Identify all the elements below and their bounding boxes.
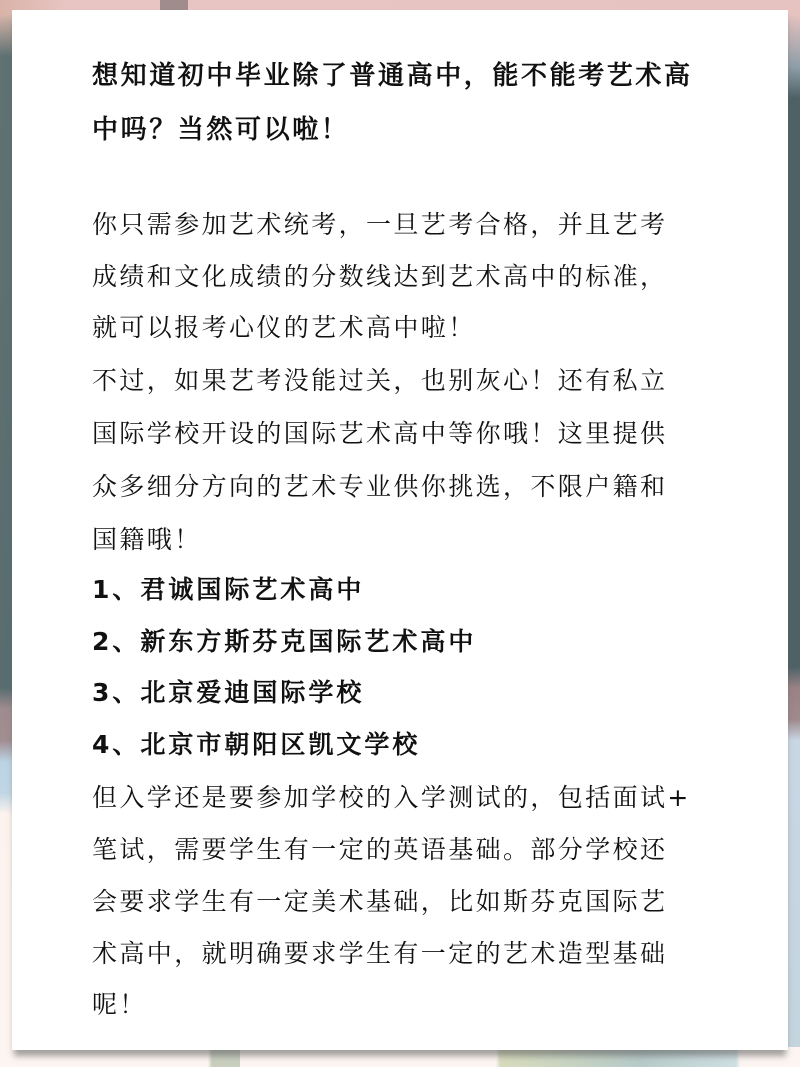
background-photo-right <box>786 14 800 1067</box>
paragraph3-line-2: 笔试，需要学生有一定的英语基础。部分学校还 <box>92 834 718 866</box>
text-card: 想知道初中毕业除了普通高中，能不能考艺术高 中吗？当然可以啦！ 你只需参加艺术统… <box>12 10 788 1050</box>
school-list-item-3: 3、北京爱迪国际学校 <box>92 677 718 709</box>
paragraph3-line-1: 但入学还是要参加学校的入学测试的，包括面试+ <box>92 782 718 814</box>
paragraph2-line-2: 国际学校开设的国际艺术高中等你哦！这里提供 <box>92 418 718 450</box>
background-photo-bottom <box>0 1047 800 1067</box>
school-list-item-2: 2、新东方斯芬克国际艺术高中 <box>92 626 718 658</box>
paragraph2-line-4: 国籍哦！ <box>92 524 718 556</box>
paragraph1-line-1: 你只需参加艺术统考，一旦艺考合格，并且艺考 <box>92 209 718 241</box>
paragraph3-line-3: 会要求学生有一定美术基础，比如斯芬克国际艺 <box>92 886 718 918</box>
paragraph3-line-5: 呢！ <box>92 989 718 1021</box>
paragraph1-line-3: 就可以报考心仪的艺术高中啦！ <box>92 312 718 344</box>
headline-line-1: 想知道初中毕业除了普通高中，能不能考艺术高 <box>92 60 718 92</box>
paragraph2-line-3: 众多细分方向的艺术专业供你挑选，不限户籍和 <box>92 471 718 503</box>
school-list-item-1: 1、君诚国际艺术高中 <box>92 574 718 606</box>
paragraph1-line-2: 成绩和文化成绩的分数线达到艺术高中的标准， <box>92 261 718 293</box>
paragraph2-line-1: 不过，如果艺考没能过关，也别灰心！还有私立 <box>92 365 718 397</box>
paragraph3-line-4: 术高中，就明确要求学生有一定的艺术造型基础 <box>92 938 718 970</box>
school-list-item-4: 4、北京市朝阳区凯文学校 <box>92 729 718 761</box>
headline-line-2: 中吗？当然可以啦！ <box>92 114 718 146</box>
